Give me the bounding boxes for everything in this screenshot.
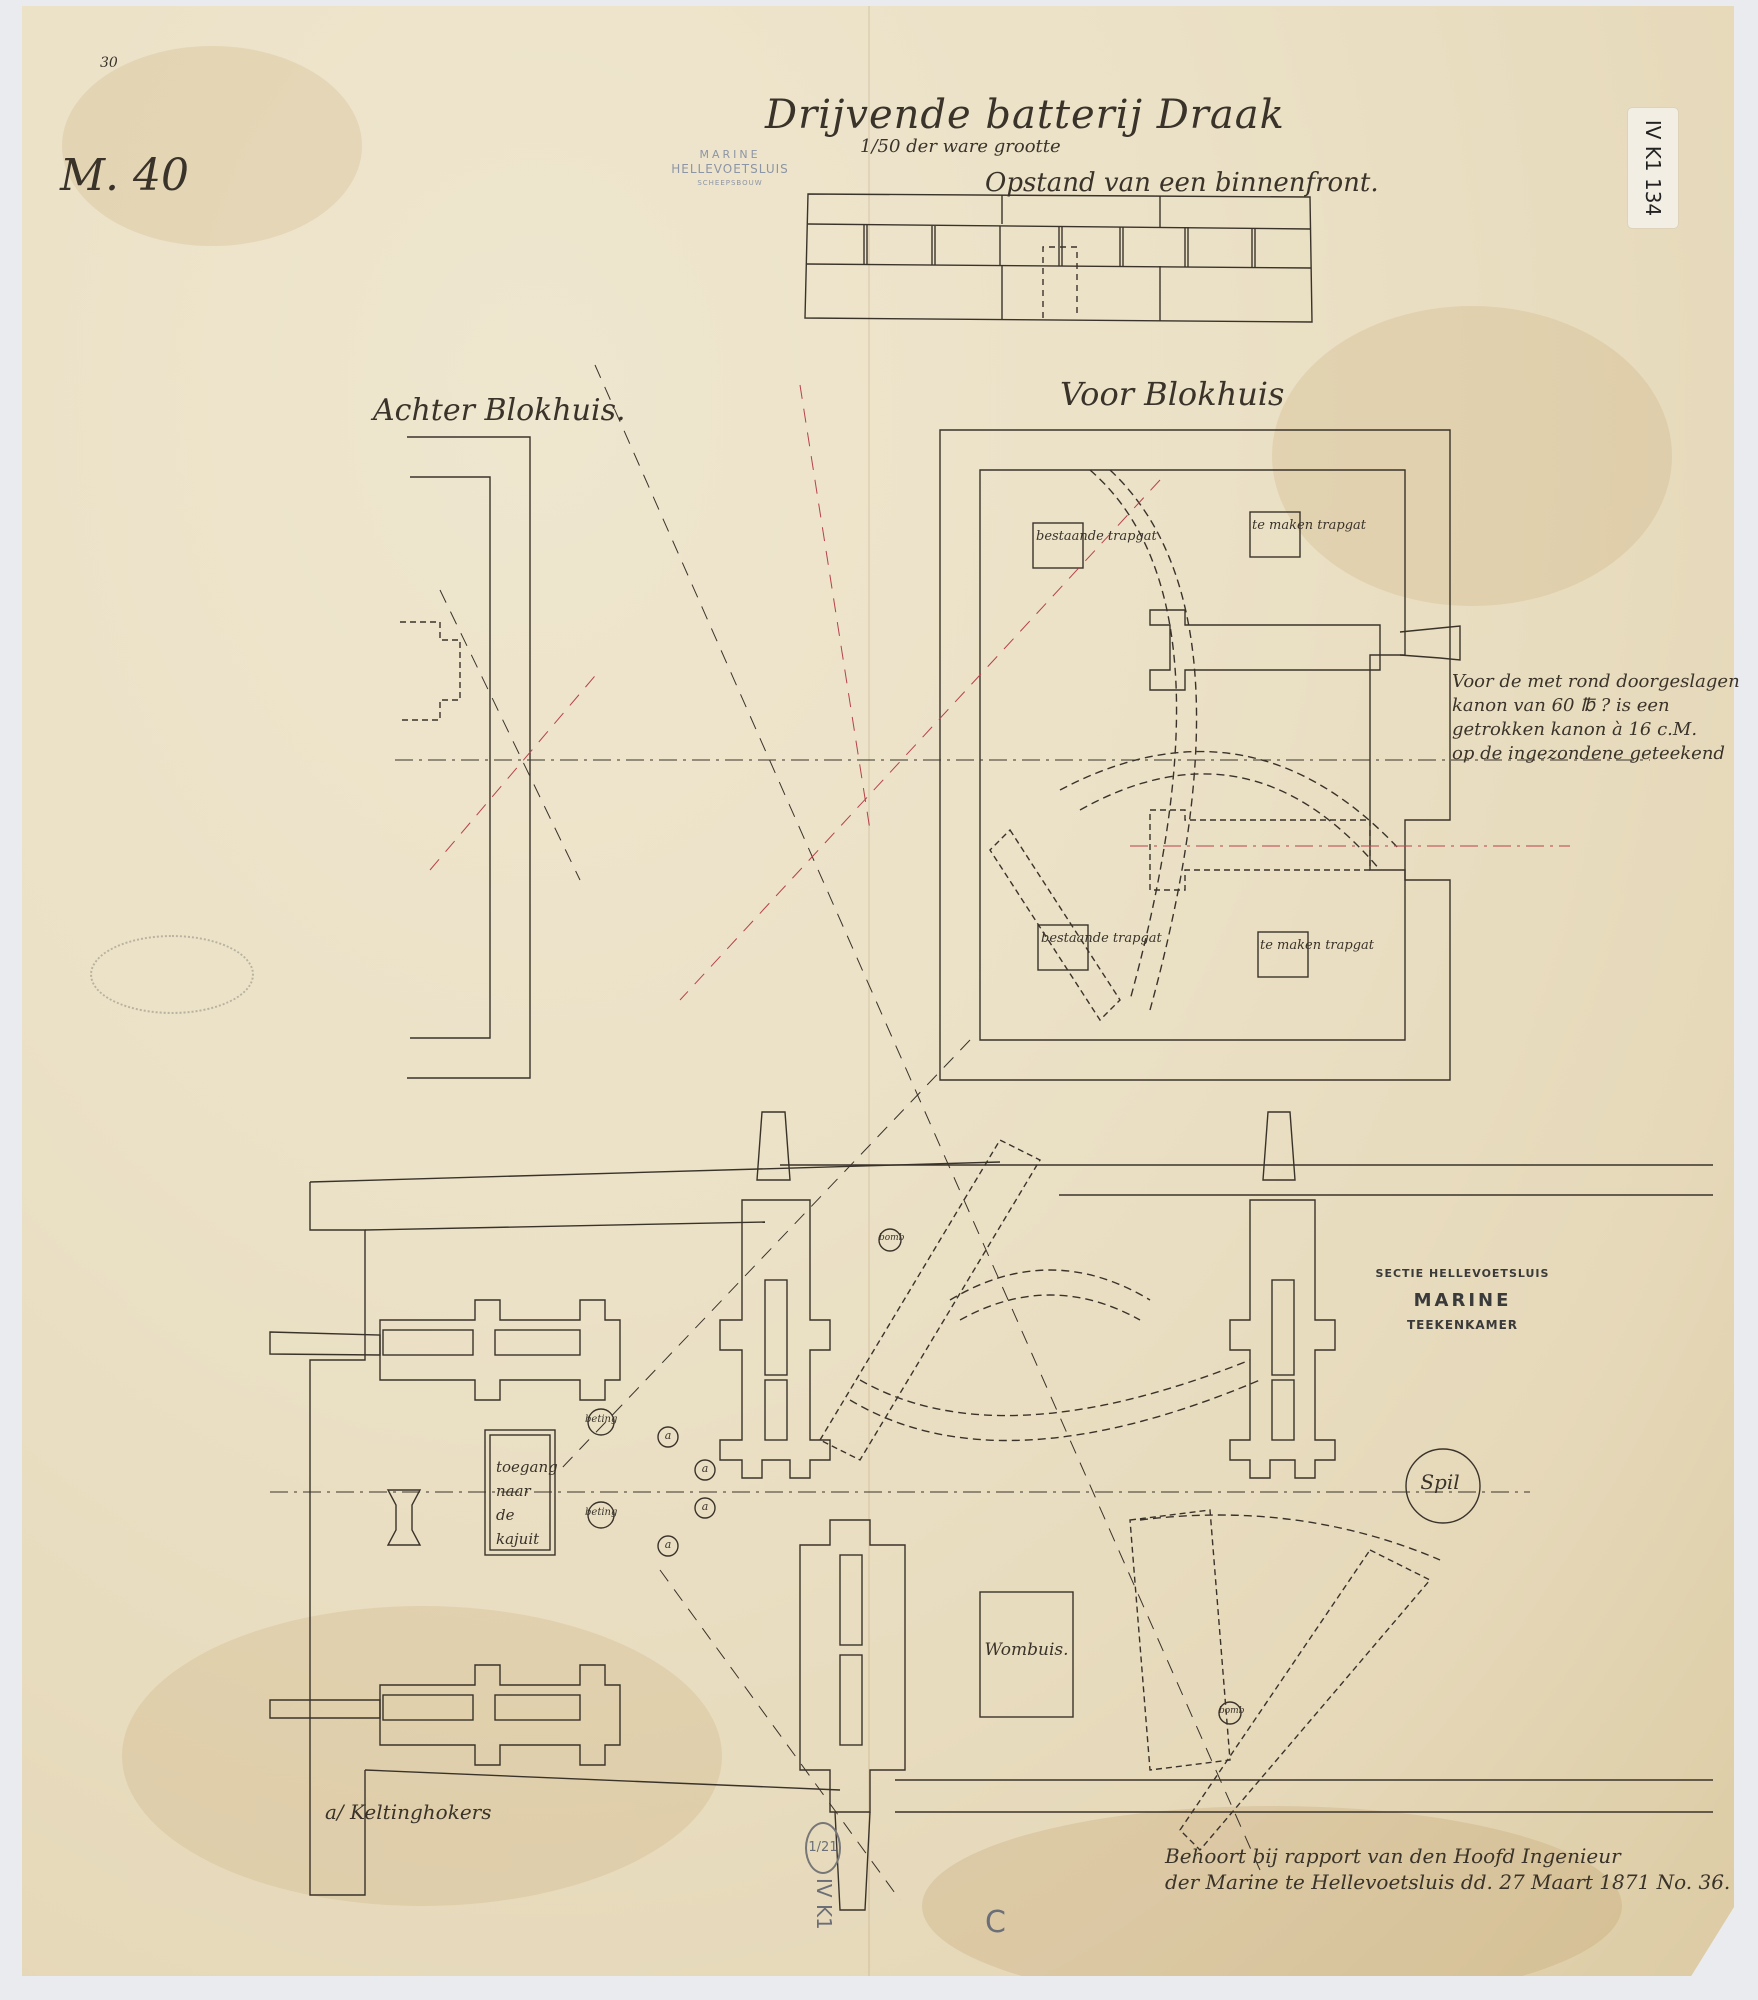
footer-line-1: Behoort bij rapport van den Hoofd Ingeni… [1165, 1843, 1730, 1869]
document-title: Drijvende batterij Draak [765, 92, 1285, 138]
aft-blockhouse-drawing [400, 437, 530, 1078]
new-hatch-label-1: te maken trapgat [1252, 517, 1366, 535]
a-marker-2: a [699, 1462, 711, 1475]
side-note-line-4: op de ingezondene geteekend [1452, 742, 1740, 766]
spill-label: Spil [1415, 1470, 1465, 1494]
corner-number: 30 [100, 55, 118, 71]
a-marker-4: a [662, 1538, 674, 1551]
pencil-circled-mark: 1/21 [805, 1822, 841, 1874]
existing-hatch-label-1: bestaande trapgat [1036, 528, 1157, 546]
technical-drawing [0, 0, 1758, 2000]
blue-stamp: MARINE HELLEVOETSLUIS SCHEEPSBOUW [670, 148, 790, 190]
pivot-label-1: bomb [879, 1233, 901, 1243]
black-stamp-middle: MARINE [1375, 1290, 1550, 1311]
black-oval-stamp: SECTIE HELLEVOETSLUIS MARINE TEEKENKAMER [1375, 1255, 1550, 1345]
a-marker-1: a [662, 1429, 674, 1442]
pencil-letter-mark: C [985, 1905, 1006, 1940]
catalog-label: IV K1 134 [1628, 108, 1678, 228]
side-note-line-1: Voor de met rond doorgeslagen [1452, 670, 1740, 694]
black-stamp-bottom: TEEKENKAMER [1375, 1318, 1550, 1332]
a-marker-3: a [699, 1500, 711, 1513]
faded-stamp [90, 935, 254, 1014]
archive-mark: M. 40 [60, 150, 189, 201]
scale-note: 1/50 der ware grootte [860, 136, 1061, 157]
footer-line-2: der Marine te Hellevoetsluis dd. 27 Maar… [1165, 1869, 1730, 1895]
black-stamp-top: SECTIE HELLEVOETSLUIS [1375, 1267, 1550, 1280]
deck-plan-drawing [270, 1112, 1713, 1910]
legend-note: a/ Keltinghokers [325, 1800, 491, 1824]
centerlines [270, 760, 1650, 1492]
roundhouse-label: Wombuis. [980, 1640, 1073, 1660]
footer-note: Behoort bij rapport van den Hoofd Ingeni… [1165, 1843, 1730, 1895]
aft-blockhouse-title: Achter Blokhuis. [373, 393, 626, 428]
new-hatch-label-2: te maken trapgat [1260, 937, 1374, 955]
passage-label: toegang naar de kajuit [496, 1455, 552, 1551]
pivot-label-2: bomb [1219, 1706, 1241, 1716]
blue-stamp-line-2: HELLEVOETSLUIS [670, 162, 790, 176]
bitt-label-2: beting [585, 1507, 617, 1518]
blue-stamp-line-1: MARINE [670, 148, 790, 162]
fore-blockhouse-title: Voor Blokhuis [1060, 375, 1284, 413]
side-note: Voor de met rond doorgeslagen kanon van … [1452, 670, 1740, 766]
blue-stamp-line-3: SCHEEPSBOUW [670, 176, 790, 190]
catalog-label-text: IV K1 134 [1641, 118, 1665, 218]
bitt-label-1: beting [585, 1414, 617, 1425]
side-note-line-3: getrokken kanon à 16 c.M. [1452, 718, 1740, 742]
elevation-drawing [805, 194, 1312, 322]
side-note-line-2: kanon van 60 ℔ ? is een [1452, 694, 1740, 718]
fore-blockhouse-drawing [940, 430, 1460, 1080]
pencil-code-mark: IV K1 [812, 1878, 836, 1930]
elevation-title: Opstand van een binnenfront. [985, 168, 1379, 198]
existing-hatch-label-2: bestaande trapgat [1041, 930, 1162, 948]
